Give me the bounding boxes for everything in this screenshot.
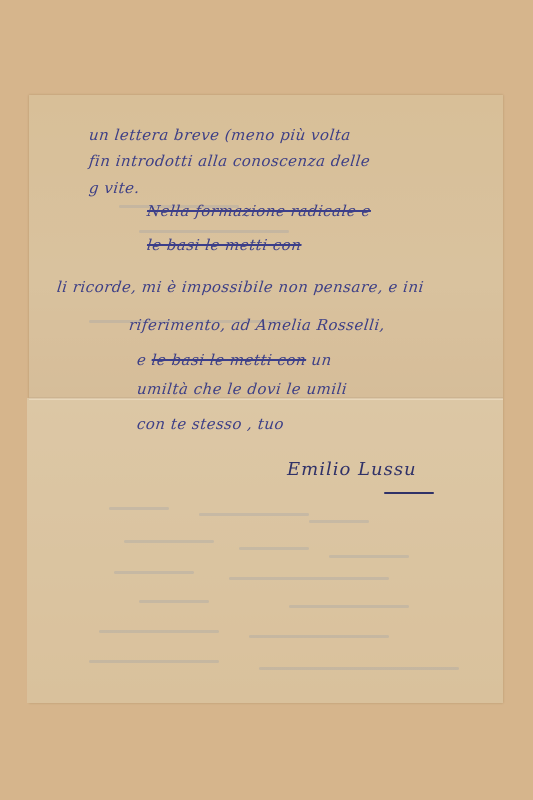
bleed-through-mark [259, 667, 459, 670]
bleed-through-mark [329, 555, 409, 558]
letter-line-4-struck: Nella formazione radicale e [146, 202, 372, 220]
letter-line-5-struck: le basi le metti con [146, 236, 302, 254]
letter-line-1: un lettera breve (meno più volta [88, 126, 352, 144]
struck-phrase: le basi le metti con [151, 351, 307, 369]
letter-line-6: li ricorde, mi è impossibile non pensare… [56, 278, 425, 296]
bleed-through-mark [309, 520, 369, 523]
bleed-through-mark [229, 577, 389, 580]
bleed-through-mark [89, 660, 219, 663]
bleed-through-mark [249, 635, 389, 638]
signature: Emilio Lussu [287, 459, 417, 480]
letter-lower-half [27, 398, 503, 703]
bleed-through-mark [99, 630, 219, 633]
letter-line-7: riferimento, ad Amelia Rosselli, [128, 316, 386, 334]
bleed-through-mark [114, 571, 194, 574]
letter-line-8: e le basi le metti con un [136, 351, 333, 369]
bleed-through-mark [139, 230, 289, 233]
bleed-through-mark [289, 605, 409, 608]
letter-line-2: fin introdotti alla conoscenza delle [88, 152, 371, 170]
signature-underline [384, 492, 434, 494]
bleed-through-mark [124, 540, 214, 543]
bleed-through-mark [109, 507, 169, 510]
letter-line-10: con te stesso , tuo [136, 415, 285, 433]
letter-sheet: un lettera breve (meno più volta fin int… [29, 95, 503, 703]
bleed-through-mark [239, 547, 309, 550]
bleed-through-mark [199, 513, 309, 516]
letter-line-3: g vite. [88, 179, 141, 197]
letter-line-9: umiltà che le dovi le umili [136, 380, 348, 398]
bleed-through-mark [139, 600, 209, 603]
